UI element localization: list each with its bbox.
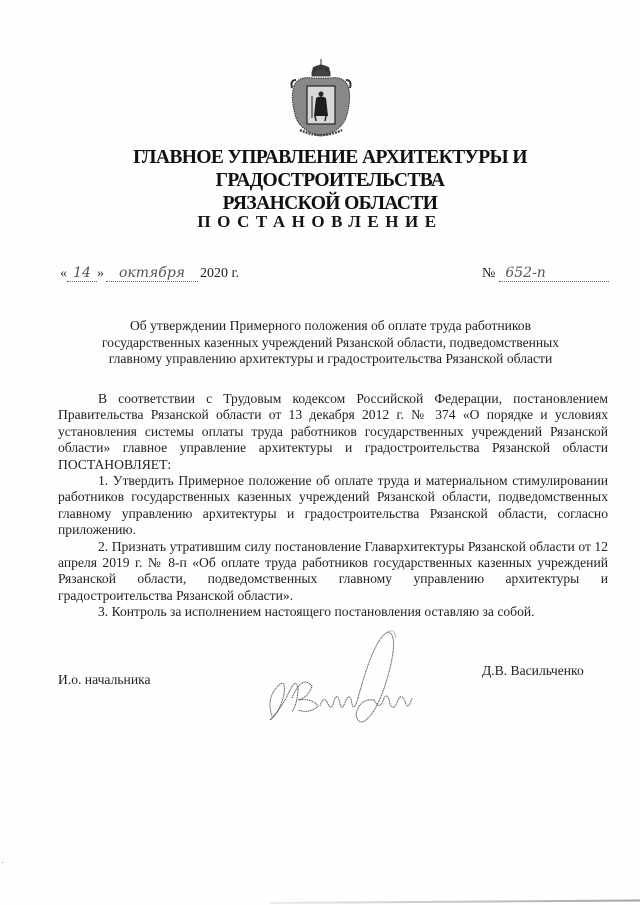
document-body: В соответствии с Трудовым кодексом Росси…: [58, 391, 608, 621]
signatory-name: Д.В. Васильченко: [482, 663, 584, 679]
document-number: № 652-п: [482, 265, 609, 282]
organization-title-line-1: ГЛАВНОЕ УПРАВЛЕНИЕ АРХИТЕКТУРЫ И ГРАДОСТ…: [40, 146, 620, 192]
body-item-1: 1. Утвердить Примерное положение об опла…: [58, 473, 608, 539]
scan-edge-artifact: [270, 899, 640, 904]
handwritten-signature-icon: [262, 628, 422, 728]
body-preamble: В соответствии с Трудовым кодексом Росси…: [58, 391, 608, 473]
signatory-role: И.о. начальника: [58, 672, 151, 688]
body-item-3: 3. Контроль за исполнением настоящего по…: [58, 604, 608, 620]
date-day-handwritten: 14: [67, 265, 97, 282]
scan-speck: [2, 862, 3, 863]
organization-title: ГЛАВНОЕ УПРАВЛЕНИЕ АРХИТЕКТУРЫ И ГРАДОСТ…: [40, 146, 620, 215]
coat-of-arms-icon: [288, 58, 354, 142]
number-label: №: [482, 266, 495, 282]
date-open-quote: «: [60, 266, 67, 282]
subject-line-3: главному управлению архитектуры и градос…: [58, 351, 603, 368]
document-type-heading: ПОСТАНОВЛЕНИЕ: [0, 212, 640, 232]
date-month-handwritten: октября: [106, 265, 198, 282]
document-date: « 14 » октября 2020 г.: [60, 265, 239, 282]
document-subject: Об утверждении Примерного положения об о…: [58, 318, 603, 368]
subject-line-2: государственных казенных учреждений Ряза…: [58, 335, 603, 352]
body-item-2: 2. Признать утратившим силу постановлени…: [58, 539, 608, 605]
date-close-quote: »: [97, 266, 104, 282]
document-page: ГЛАВНОЕ УПРАВЛЕНИЕ АРХИТЕКТУРЫ И ГРАДОСТ…: [0, 0, 640, 905]
subject-line-1: Об утверждении Примерного положения об о…: [58, 318, 603, 335]
date-year: 2020 г.: [200, 266, 239, 282]
number-value-handwritten: 652-п: [499, 265, 609, 282]
